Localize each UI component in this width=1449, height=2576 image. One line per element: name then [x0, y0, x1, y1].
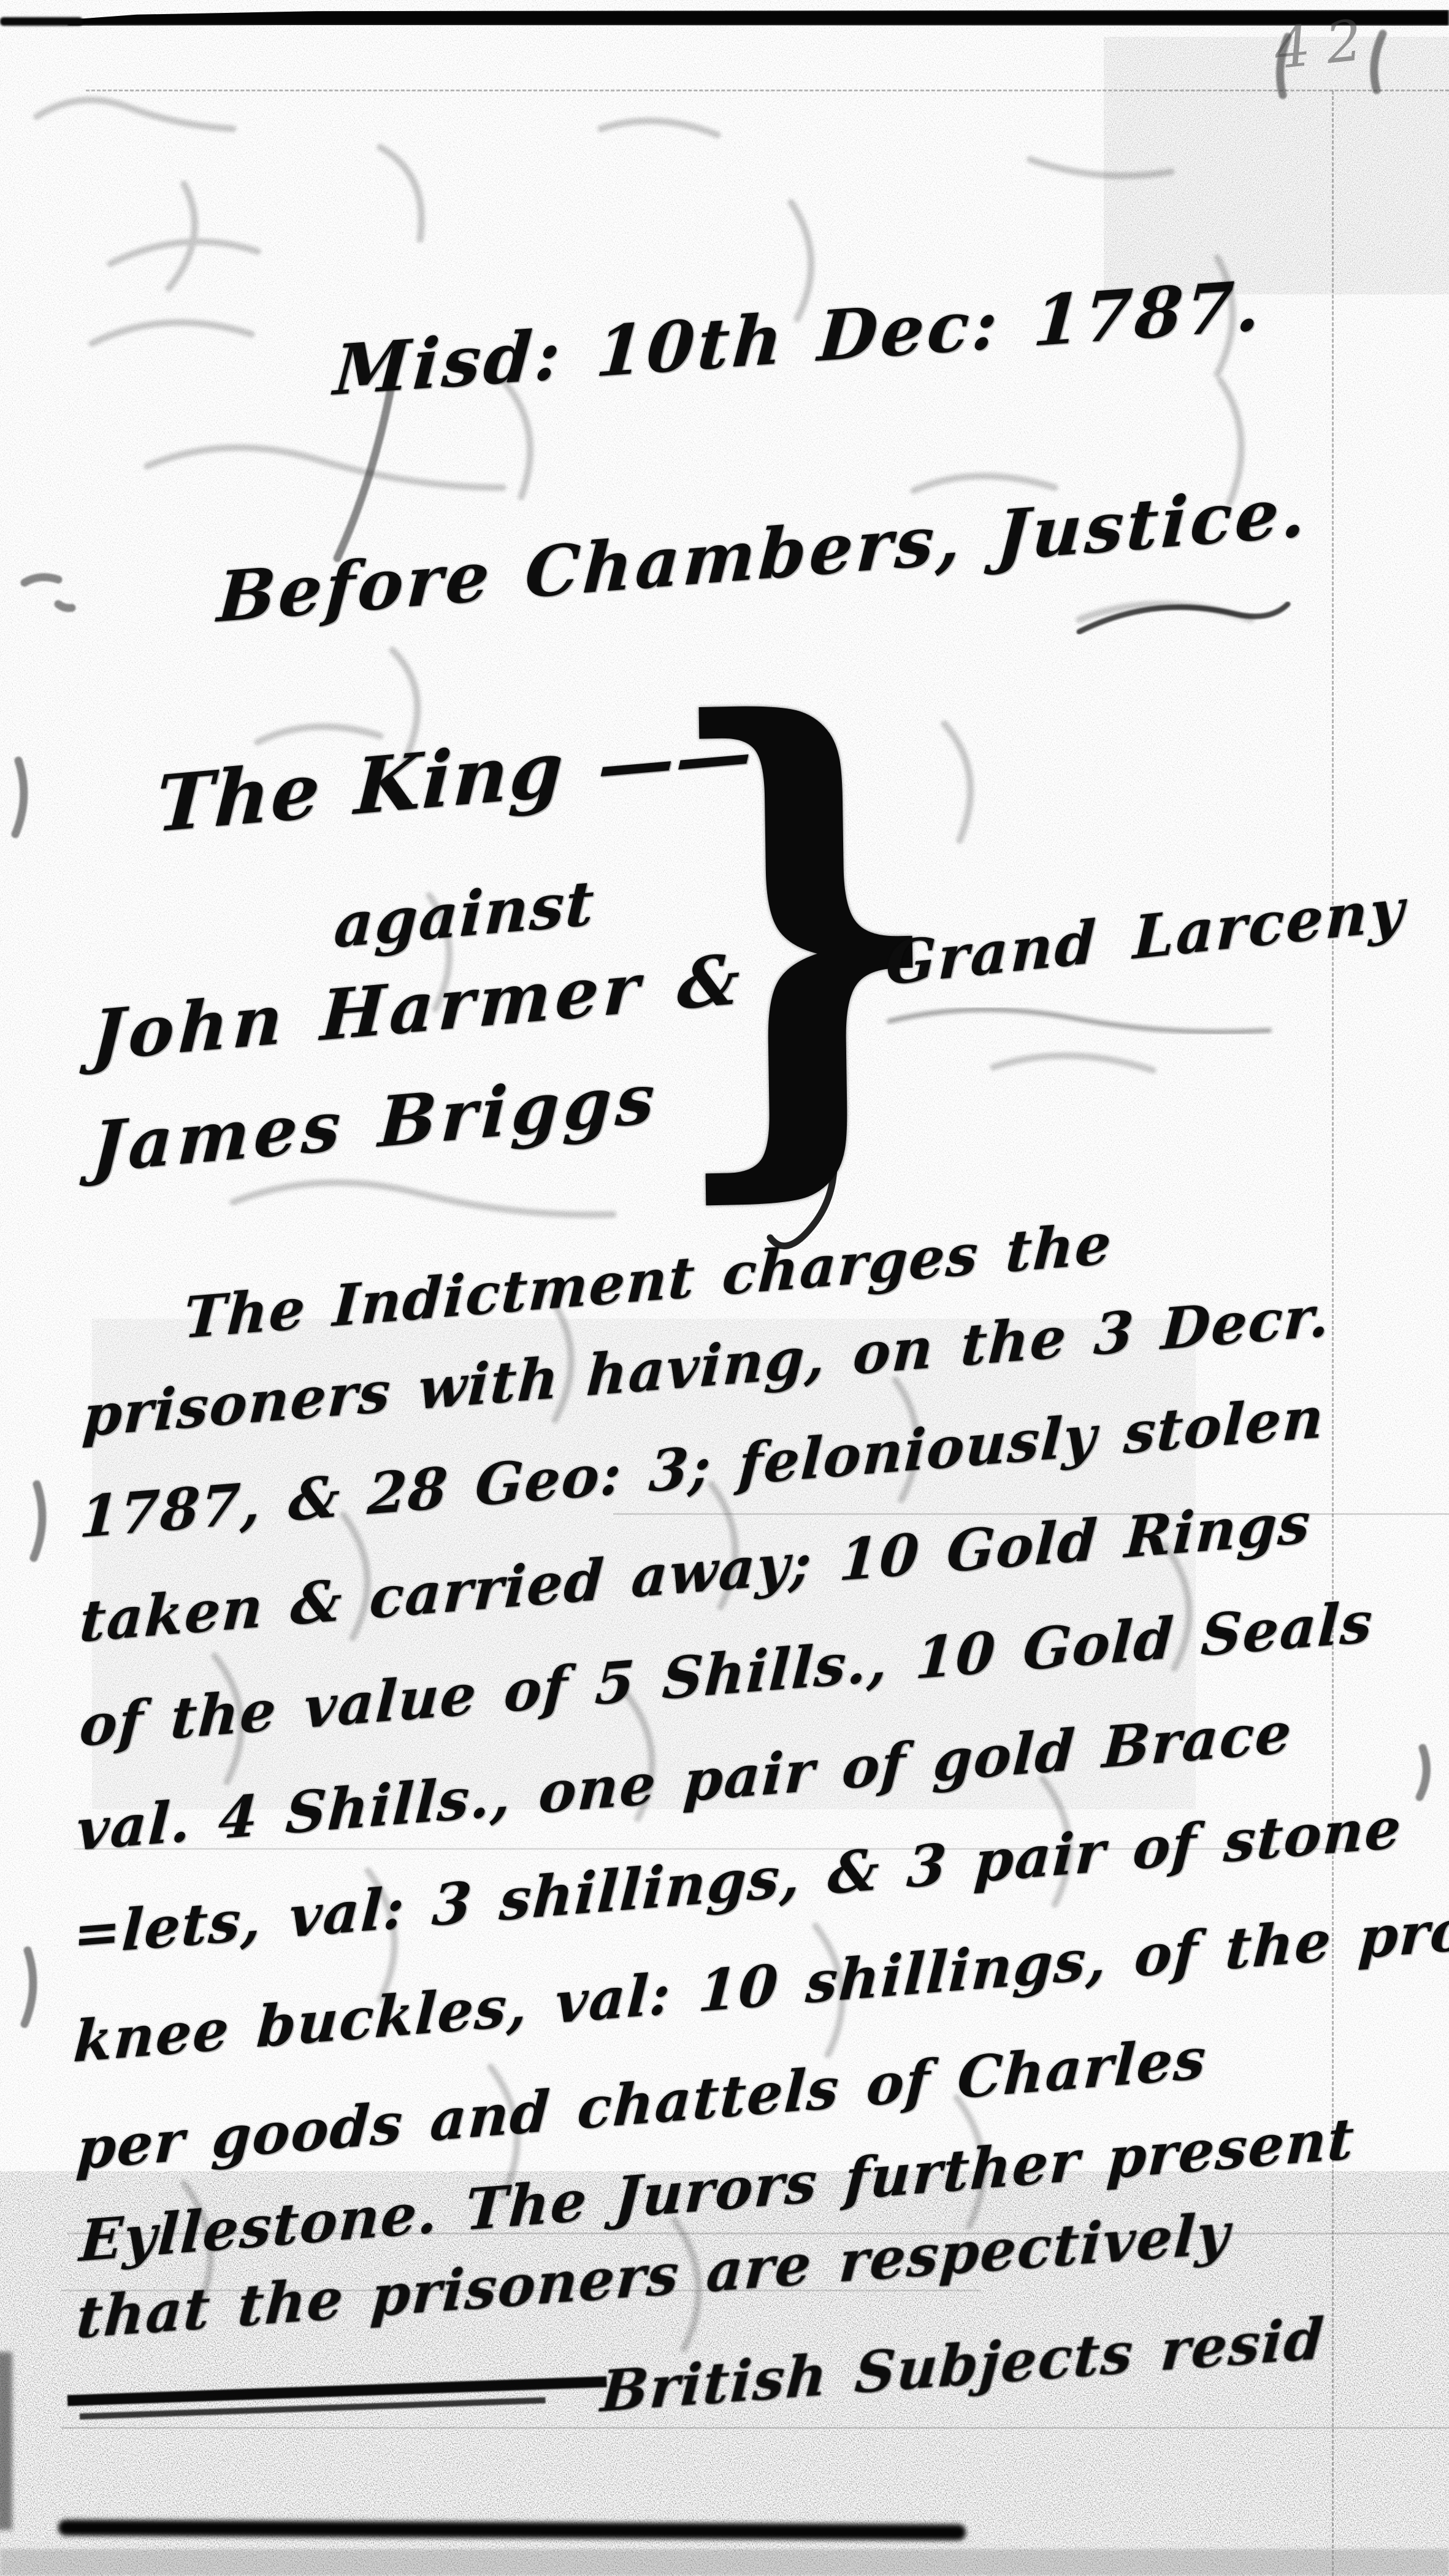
scan-band-bottom: [0, 2549, 1449, 2576]
ruled-line-top: [86, 90, 1449, 91]
margin-line-vertical: [1332, 91, 1334, 2576]
manuscript-page: 42 Misd: 10th Dec: 1787. Before Chambers…: [0, 0, 1449, 2576]
charge-label: Grand Larceny: [885, 878, 1406, 997]
scan-smudge-left: [0, 2352, 12, 2530]
defendant-name-2: James Briggs: [90, 1062, 660, 1186]
versus-label: against: [332, 869, 597, 959]
defendant-name-1: John Harmer &: [90, 943, 746, 1075]
ruled-line-low3: [61, 2427, 1449, 2429]
scan-edge-top-left: [0, 17, 83, 26]
body-line: British Subjects resid: [599, 2308, 1327, 2423]
date-line: Misd: 10th Dec: 1787.: [332, 269, 1266, 409]
page-number: 42: [1271, 6, 1381, 82]
scan-edge-top: [67, 10, 1449, 26]
scan-smear-bottom: [58, 2520, 966, 2540]
top-right-speckle: [1104, 37, 1449, 294]
